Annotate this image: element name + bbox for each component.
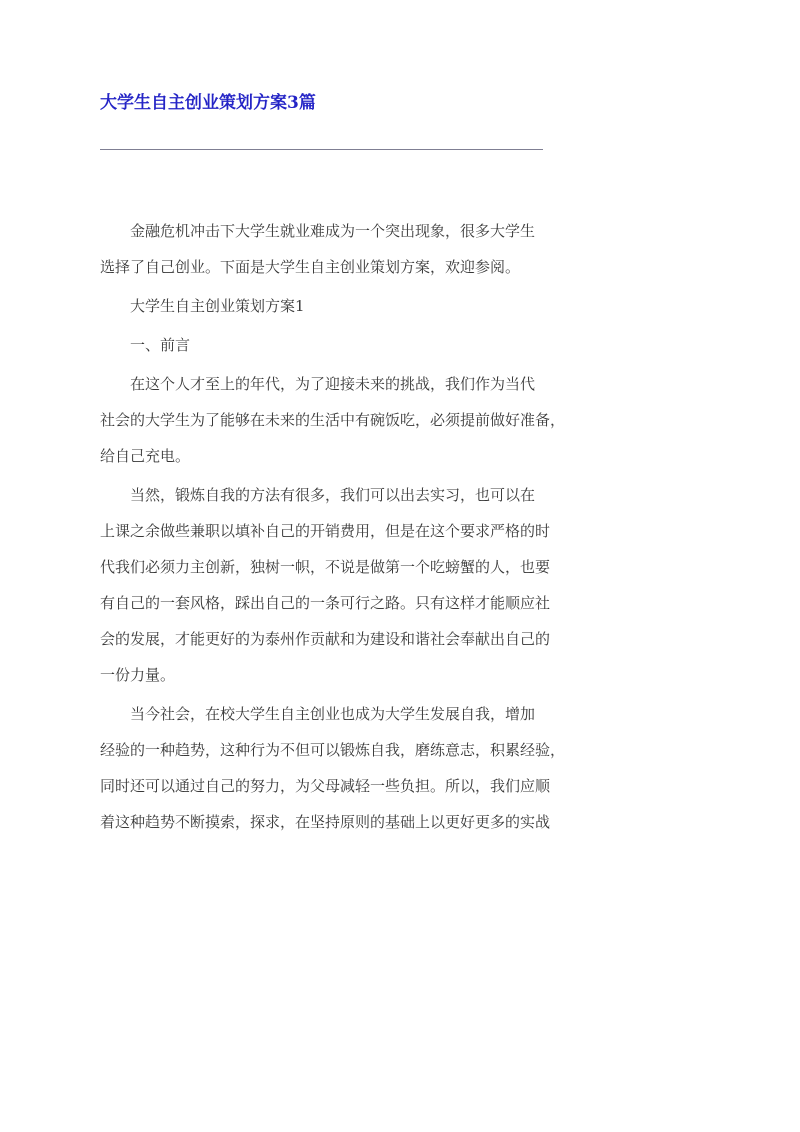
paragraph-foreword-1: 在这个人才至上的年代，为了迎接未来的挑战，我们作为当代 社会的大学生为了能够在未… [100, 366, 660, 474]
document-content: 大学生自主创业策划方案3篇 __________________________… [0, 0, 660, 840]
paragraph-intro: 金融危机冲击下大学生就业难成为一个突出现象，很多大学生 选择了自己创业。下面是大… [100, 213, 660, 285]
separator-line: ________________________________________… [100, 129, 543, 153]
paragraph-foreword-2: 当然，锻炼自我的方法有很多，我们可以出去实习，也可以在 上课之余做些兼职以填补自… [100, 477, 660, 693]
document-title: 大学生自主创业策划方案3篇 [100, 91, 660, 115]
document-page: 大学生自主创业策划方案3篇 __________________________… [0, 0, 800, 1132]
paragraph-foreword-3: 当今社会，在校大学生自主创业也成为大学生发展自我，增加 经验的一种趋势，这种行为… [100, 696, 660, 840]
paragraph-plan1-heading: 大学生自主创业策划方案1 [100, 288, 660, 324]
document-body: 金融危机冲击下大学生就业难成为一个突出现象，很多大学生 选择了自己创业。下面是大… [100, 213, 660, 840]
paragraph-foreword-heading: 一、前言 [100, 327, 660, 363]
